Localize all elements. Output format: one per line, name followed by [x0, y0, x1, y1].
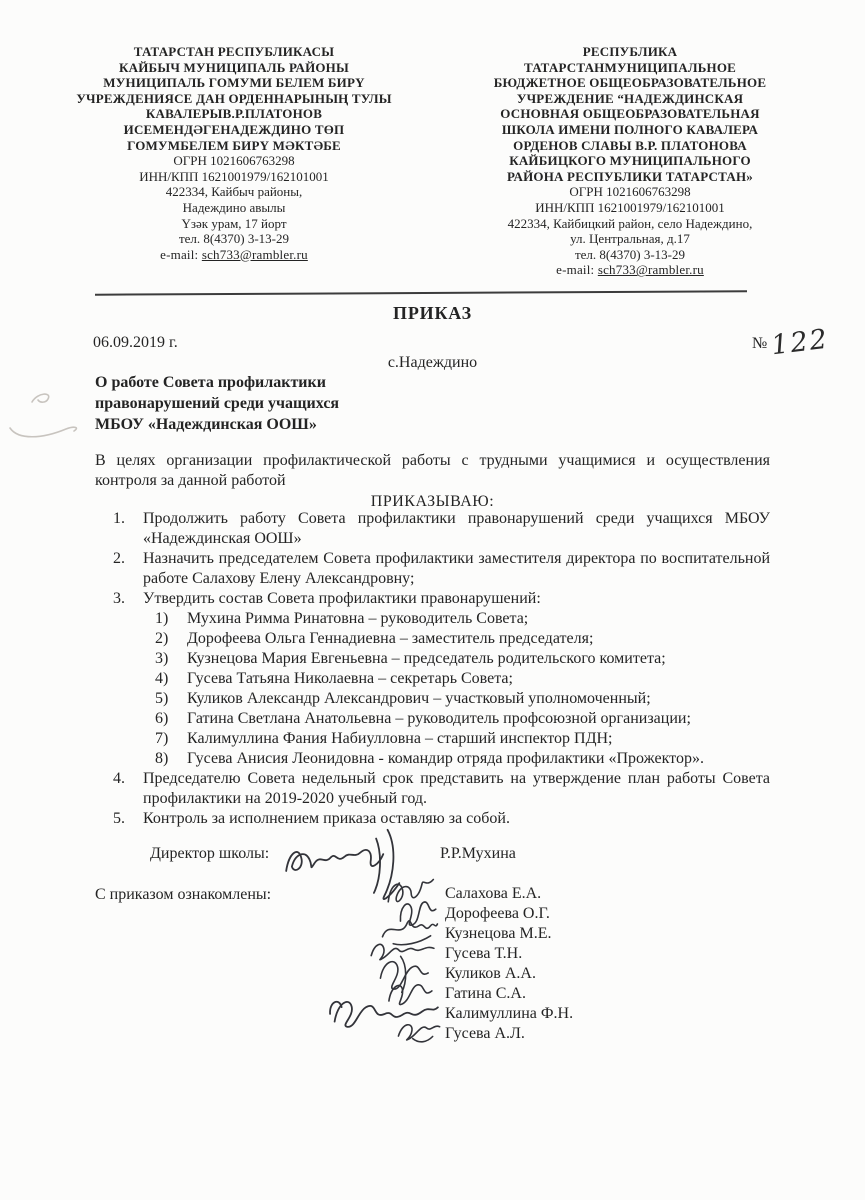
- pencil-margin-mark: [2, 388, 88, 450]
- acknowledged-name: Кузнецова М.Е.: [445, 924, 573, 944]
- org-name-line: ОСНОВНАЯ ОБЩЕОБРАЗОВАТЕЛЬНАЯ: [430, 106, 830, 122]
- document-title: ПРИКАЗ: [0, 303, 865, 324]
- acknowledged-name: Гусева А.Л.: [445, 1024, 573, 1044]
- acknowledged-name: Дорофеева О.Г.: [445, 904, 573, 924]
- item-text: Назначить председателем Совета профилакт…: [143, 550, 770, 587]
- org-name-line: ИСЕМЕНДӘГЕНАДЕЖДИНО ТӨП: [38, 122, 430, 138]
- item-number: 4.: [113, 769, 143, 789]
- member-text: Дорофеева Ольга Геннадиевна – заместител…: [187, 630, 593, 647]
- org-name-line: БЮДЖЕТНОЕ ОБЩЕОБРАЗОВАТЕЛЬНОЕ: [430, 75, 830, 91]
- acknowledged-name: Гусева Т.Н.: [445, 944, 573, 964]
- item-text: Утвердить состав Совета профилактики пра…: [143, 590, 541, 607]
- member-number: 4): [155, 669, 187, 689]
- acknowledged-name: Салахова Е.А.: [445, 884, 573, 904]
- member-text: Куликов Александр Александрович – участк…: [187, 690, 651, 707]
- phone-line: тел. 8(4370) 3-13-29: [38, 231, 430, 247]
- acknowledged-names: Салахова Е.А. Дорофеева О.Г. Кузнецова М…: [445, 884, 573, 1044]
- order-item: 3.Утвердить состав Совета профилактики п…: [95, 589, 770, 609]
- inn-kpp-line: ИНН/КПП 1621001979/162101001: [38, 169, 430, 185]
- phone-line: тел. 8(4370) 3-13-29: [430, 247, 830, 263]
- org-name-line: УЧРЕЖДЕНИЕ “НАДЕЖДИНСКАЯ: [430, 91, 830, 107]
- handwritten-signature: [365, 934, 438, 968]
- member-number: 7): [155, 729, 187, 749]
- address-line: 422334, Кайбыч районы,: [38, 184, 430, 200]
- subject-line: правонарушений среди учащихся: [95, 393, 339, 414]
- acknowledged-name: Куликов А.А.: [445, 964, 573, 984]
- handwritten-signature: [391, 1013, 446, 1048]
- handwritten-signature: [380, 972, 440, 1013]
- order-item: 5.Контроль за исполнением приказа оставл…: [95, 809, 770, 829]
- email-address: sch733@rambler.ru: [598, 262, 704, 277]
- handwritten-signature: [327, 984, 446, 1038]
- member-number: 5): [155, 689, 187, 709]
- item-number: 1.: [113, 509, 143, 529]
- member-number: 1): [155, 609, 187, 629]
- director-handwritten-signature: [275, 817, 439, 916]
- inn-kpp-line: ИНН/КПП 1621001979/162101001: [430, 200, 830, 216]
- order-item: 4.Председателю Совета недельный срок пре…: [95, 769, 770, 809]
- number-sign: №: [752, 335, 767, 352]
- council-member: 4)Гусева Татьяна Николаевна – секретарь …: [95, 669, 770, 689]
- org-name-line: КАВАЛЕРЫВ.Р.ПЛАТОНОВ: [38, 106, 430, 122]
- council-member: 8)Гусева Анисия Леонидовна - командир от…: [95, 749, 770, 769]
- org-name-line: ШКОЛА ИМЕНИ ПОЛНОГО КАВАЛЕРА: [430, 122, 830, 138]
- acknowledged-name: Гатина С.А.: [445, 984, 573, 1004]
- org-name-line: МУНИЦИПАЛЬ ГОМУМИ БЕЛЕМ БИРҮ: [38, 75, 430, 91]
- handwritten-order-number: 122: [771, 330, 831, 357]
- council-member: 3)Кузнецова Мария Евгеньевна – председат…: [95, 649, 770, 669]
- org-name-line: КАЙБЫЧ МУНИЦИПАЛЬ РАЙОНЫ: [38, 60, 430, 76]
- acknowledged-name: Калимуллина Ф.Н.: [445, 1004, 573, 1024]
- org-name-line: РЕСПУБЛИКА: [430, 44, 830, 60]
- order-number: № 122: [752, 330, 829, 353]
- email-address: sch733@rambler.ru: [202, 247, 308, 262]
- scanned-order-document: ТАТАРСТАН РЕСПУБЛИКАСЫ КАЙБЫЧ МУНИЦИПАЛЬ…: [0, 0, 865, 1200]
- address-line: Үзәк урам, 17 йорт: [38, 216, 430, 232]
- council-member: 7)Калимуллина Фания Набиулловна – старши…: [95, 729, 770, 749]
- director-label: Директор школы:: [150, 845, 269, 863]
- order-item: 1.Продолжить работу Совета профилактики …: [95, 509, 770, 549]
- order-place: с.Надеждино: [0, 354, 865, 372]
- item-text: Продолжить работу Совета профилактики пр…: [143, 510, 770, 547]
- order-preamble: В целях организации профилактической раб…: [95, 451, 770, 491]
- council-member: 6)Гатина Светлана Анатольевна – руководи…: [95, 709, 770, 729]
- subject-line: МБОУ «Надеждинская ООШ»: [95, 414, 339, 435]
- handwritten-signature: [380, 870, 445, 915]
- member-text: Кузнецова Мария Евгеньевна – председател…: [187, 650, 666, 667]
- org-name-line: КАЙБИЦКОГО МУНИЦИПАЛЬНОГО: [430, 153, 830, 169]
- letterhead-divider-rule: [95, 290, 747, 295]
- handwritten-signature: [370, 947, 440, 997]
- email-line: e-mail: sch733@rambler.ru: [430, 262, 830, 278]
- address-line: Надеждино авылы: [38, 200, 430, 216]
- order-items-list: 1.Продолжить работу Совета профилактики …: [95, 509, 770, 829]
- member-number: 2): [155, 629, 187, 649]
- letterhead-right-russian: РЕСПУБЛИКА ТАТАРСТАНМУНИЦИПАЛЬНОЕ БЮДЖЕТ…: [430, 44, 830, 278]
- subject-line: О работе Совета профилактики: [95, 372, 339, 393]
- order-date: 06.09.2019 г.: [93, 334, 178, 352]
- letterhead: ТАТАРСТАН РЕСПУБЛИКАСЫ КАЙБЫЧ МУНИЦИПАЛЬ…: [38, 44, 830, 278]
- email-prefix: e-mail:: [160, 247, 202, 262]
- org-name-line: ГОМУМБЕЛЕМ БИРҮ МӘКТӘБЕ: [38, 138, 430, 154]
- council-member: 2)Дорофеева Ольга Геннадиевна – заместит…: [95, 629, 770, 649]
- ogrn-line: ОГРН 1021606763298: [38, 153, 430, 169]
- address-line: 422334, Кайбицкий район, село Надеждино,: [430, 216, 830, 232]
- email-line: e-mail: sch733@rambler.ru: [38, 247, 430, 263]
- order-item: 2.Назначить председателем Совета профила…: [95, 549, 770, 589]
- member-number: 6): [155, 709, 187, 729]
- ogrn-line: ОГРН 1021606763298: [430, 184, 830, 200]
- member-text: Гусева Татьяна Николаевна – секретарь Со…: [187, 670, 513, 687]
- address-line: ул. Центральная, д.17: [430, 231, 830, 247]
- org-name-line: УЧРЕЖДЕНИЯСЕ ДАН ОРДЕННАРЫНЫҢ ТУЛЫ: [38, 91, 430, 107]
- order-subject: О работе Совета профилактики правонаруше…: [95, 372, 339, 435]
- member-text: Калимуллина Фания Набиулловна – старший …: [187, 730, 612, 747]
- item-text: Контроль за исполнением приказа оставляю…: [143, 810, 510, 827]
- council-members-list: 1)Мухина Римма Ринатовна – руководитель …: [95, 609, 770, 769]
- member-text: Гатина Светлана Анатольевна – руководите…: [187, 710, 691, 727]
- council-member: 1)Мухина Римма Ринатовна – руководитель …: [95, 609, 770, 629]
- member-text: Мухина Римма Ринатовна – руководитель Со…: [187, 610, 528, 627]
- item-number: 5.: [113, 809, 143, 829]
- org-name-line: ОРДЕНОВ СЛАВЫ В.Р. ПЛАТОНОВА: [430, 138, 830, 154]
- letterhead-left-tatar: ТАТАРСТАН РЕСПУБЛИКАСЫ КАЙБЫЧ МУНИЦИПАЛЬ…: [38, 44, 430, 278]
- email-prefix: e-mail:: [556, 262, 598, 277]
- member-number: 3): [155, 649, 187, 669]
- item-number: 2.: [113, 549, 143, 569]
- item-number: 3.: [113, 589, 143, 609]
- member-text: Гусева Анисия Леонидовна - командир отря…: [187, 750, 704, 767]
- org-name-line: РАЙОНА РЕСПУБЛИКИ ТАТАРСТАН»: [430, 169, 830, 185]
- org-name-line: ТАТАРСТАНМУНИЦИПАЛЬНОЕ: [430, 60, 830, 76]
- org-name-line: ТАТАРСТАН РЕСПУБЛИКАСЫ: [38, 44, 430, 60]
- council-member: 5)Куликов Александр Александрович – учас…: [95, 689, 770, 709]
- handwritten-signature: [376, 911, 441, 951]
- item-text: Председателю Совета недельный срок предс…: [143, 770, 770, 807]
- member-number: 8): [155, 749, 187, 769]
- handwritten-signature: [389, 892, 442, 933]
- acknowledged-label: С приказом ознакомлены:: [95, 886, 271, 904]
- director-name: Р.Р.Мухина: [440, 845, 516, 863]
